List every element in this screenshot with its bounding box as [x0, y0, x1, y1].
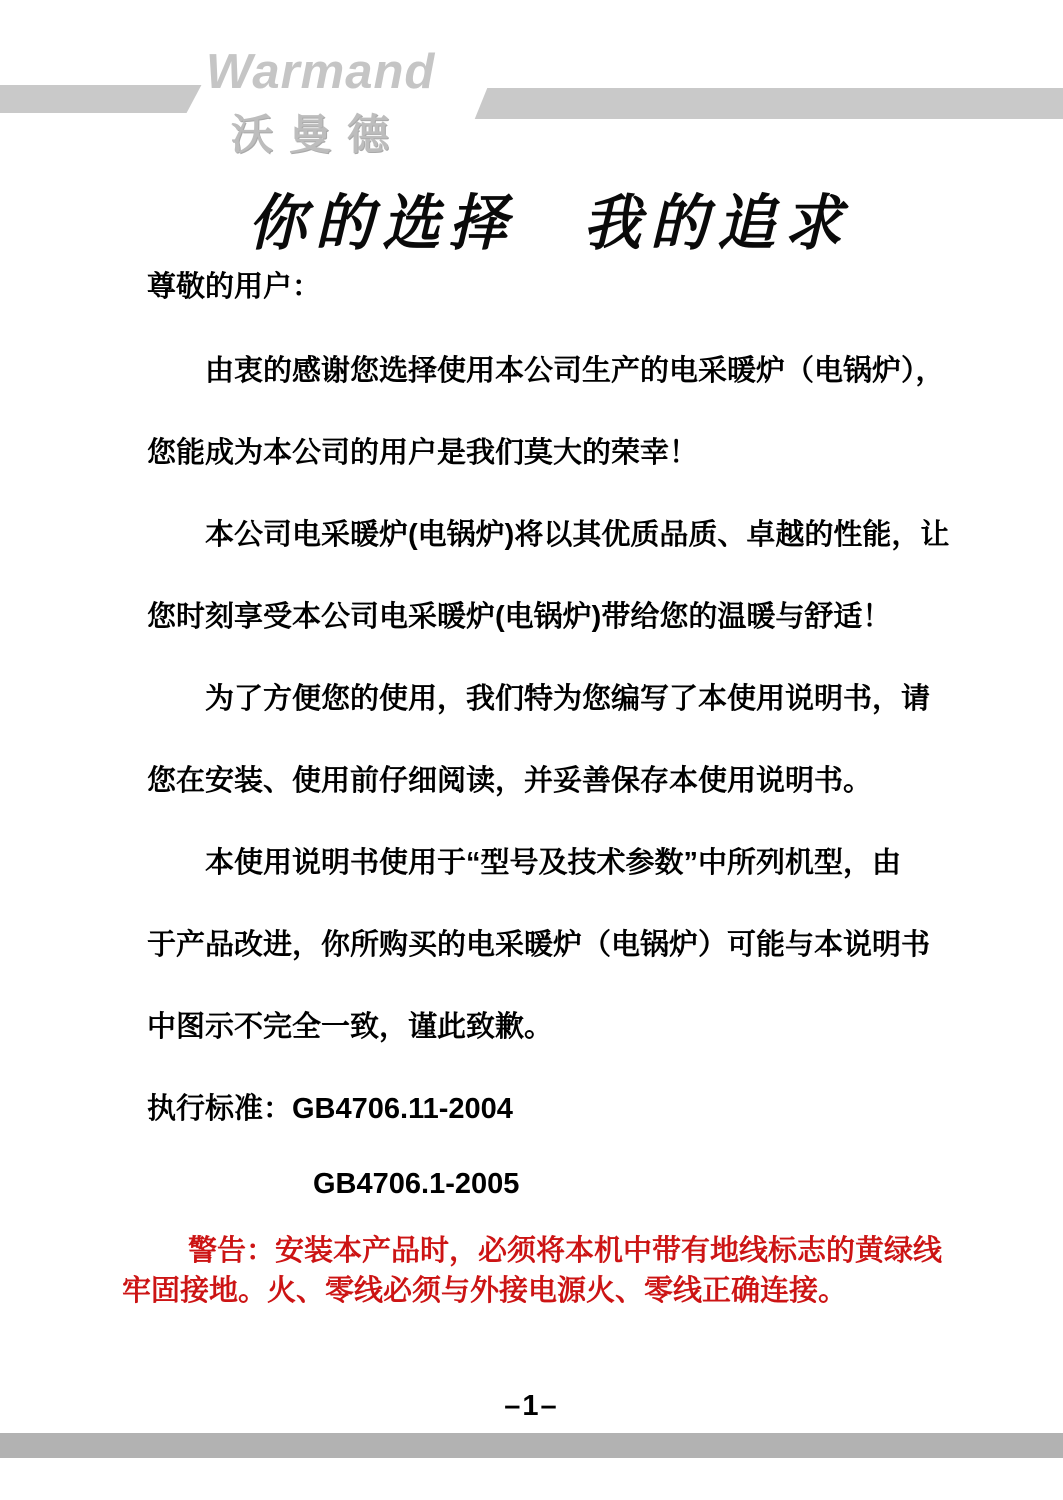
text-line: 为了方便您的使用，我们特为您编写了本使用说明书，请 — [147, 676, 987, 758]
text-line: 警告：安装本产品时，必须将本机中带有地线标志的黄绿线 — [122, 1228, 972, 1268]
footer-bar — [0, 1433, 1063, 1458]
brand-logo-chinese: 沃曼德 — [231, 102, 405, 162]
text-line: 本使用说明书使用于“型号及技术参数”中所列机型，由 — [147, 840, 987, 922]
text-line: 牢固接地。火、零线必须与外接电源火、零线正确连接。 — [122, 1268, 972, 1308]
page-number: –1– — [0, 1390, 1063, 1423]
text-line: 中图示不完全一致，谨此致歉。 — [147, 1004, 987, 1086]
body-text: 由衷的感谢您选择使用本公司生产的电采暖炉（电锅炉），您能成为本公司的用户是我们莫… — [147, 348, 987, 1250]
calligraphy-slogan: 你的选择 我的追求 — [248, 174, 851, 262]
text-line: 执行标准：GB4706.11-2004 — [147, 1086, 987, 1168]
header-right-bar — [475, 88, 1063, 119]
text-line: 本公司电采暖炉(电锅炉)将以其优质品质、卓越的性能，让 — [147, 512, 987, 594]
header-left-bar — [0, 85, 201, 113]
warning-text: 警告：安装本产品时，必须将本机中带有地线标志的黄绿线牢固接地。火、零线必须与外接… — [122, 1228, 972, 1308]
text-line: 于产品改进，你所购买的电采暖炉（电锅炉）可能与本说明书 — [147, 922, 987, 1004]
brand-logo-warmand: Warmand — [206, 44, 435, 100]
greeting-line: 尊敬的用户： — [147, 264, 321, 305]
text-line: 您时刻享受本公司电采暖炉(电锅炉)带给您的温暖与舒适！ — [147, 594, 987, 676]
text-line: 由衷的感谢您选择使用本公司生产的电采暖炉（电锅炉）， — [147, 348, 987, 430]
text-line: 您在安装、使用前仔细阅读，并妥善保存本使用说明书。 — [147, 758, 987, 840]
text-line: 您能成为本公司的用户是我们莫大的荣幸！ — [147, 430, 987, 512]
manual-page: Warmand 沃曼德 你的选择 我的追求 尊敬的用户： 由衷的感谢您选择使用本… — [0, 0, 1063, 1500]
